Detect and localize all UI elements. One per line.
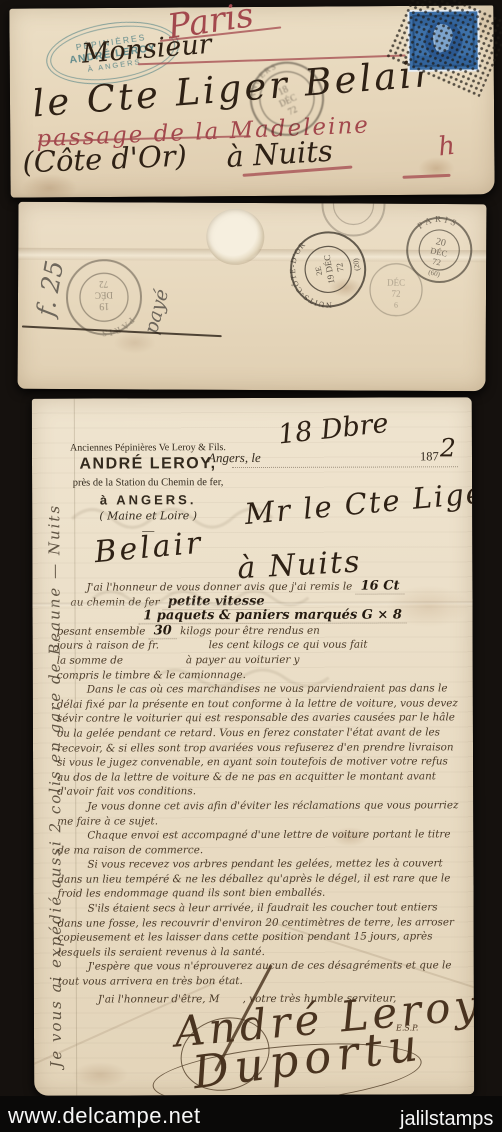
- postmark-month: DÉC: [387, 278, 405, 288]
- written-insert: 30: [149, 623, 177, 639]
- postmark-dept: (60): [428, 268, 442, 278]
- postmark-year: 72: [286, 104, 298, 117]
- postmark-year: 72: [391, 289, 400, 299]
- body-line: la somme de à payer au voiturier y: [57, 652, 459, 668]
- postmark-faint: DÉC 72 6: [366, 260, 426, 320]
- printed-text: pesant ensemble: [57, 625, 149, 637]
- postmark-year: 72: [431, 256, 441, 268]
- signature-note: E.S.P.: [396, 1023, 418, 1032]
- postmark-town: PARIS: [414, 208, 462, 238]
- letter-sheet: Anciennes Pépinières Ve Leroy & Fils. AN…: [32, 397, 474, 1096]
- printed-text: au chemin de fer: [70, 596, 162, 608]
- dateline-written: 18 Dbre: [277, 408, 390, 451]
- written-insert: 16 Ct: [356, 578, 405, 594]
- postmark-month: DÉC: [95, 290, 113, 301]
- body-paragraph: Dans le cas où ces marchandises ne vous …: [57, 681, 459, 799]
- letter-body: J'ai l'honneur de vous donner avis que j…: [56, 579, 459, 1007]
- postmark-partial-top: [318, 202, 388, 240]
- letterhead-line: près de la Station du Chemin de fer,: [42, 477, 254, 489]
- dateline-year-written: 2: [440, 433, 456, 462]
- envelope-front: PÉPINIÈRES ANDRÉ LEROY À ANGERS Paris Mo…: [9, 5, 494, 197]
- postmark-dept: (20): [351, 257, 362, 271]
- watermark-seller-logo: jalilstamps: [400, 1108, 493, 1131]
- body-paragraph: Si vous recevez vos arbres pendant les g…: [57, 857, 459, 902]
- postmark-index: 2E: [314, 266, 324, 276]
- svg-text:PARIS: PARIS: [414, 208, 462, 238]
- letterhead-town: à ANGERS.: [42, 492, 254, 508]
- body-paragraph: S'ils étaient secs à leur arrivée, il fa…: [58, 900, 460, 960]
- address-department: (Côte d'Or): [22, 139, 188, 180]
- postmark-office: 6: [394, 301, 398, 310]
- dateline-printed: Angers, le: [208, 450, 261, 466]
- printed-text: kilogs pour être rendus en: [177, 625, 320, 637]
- margin-note-vertical: Je vous ai expédié aussi 2 colis en gare…: [45, 528, 65, 1068]
- svg-text:PARIS: PARIS: [99, 315, 137, 338]
- body-line: pesant ensemble 30 kilogs pour être rend…: [57, 623, 459, 639]
- body-line: J'ai l'honneur de vous donner avis que j…: [56, 579, 458, 595]
- letterhead-department: ( Maine et Loire ): [42, 509, 254, 523]
- red-underline: [402, 174, 450, 179]
- dateline-year-printed: 187: [420, 449, 439, 464]
- postmark-year: 72: [99, 279, 108, 289]
- body-fill-line: 1 paquets & paniers marqués G × 8: [57, 608, 459, 624]
- body-line: jours à raison de fr. les cent kilogs ce…: [57, 638, 459, 654]
- body-paragraph: Je vous donne cet avis afin d'éviter les…: [57, 798, 459, 829]
- philatelic-cover-photo: PÉPINIÈRES ANDRÉ LEROY À ANGERS Paris Mo…: [0, 0, 502, 1132]
- postmark-town: PARIS: [99, 315, 137, 338]
- wax-seal-impression: [206, 209, 264, 265]
- envelope-back: PARIS 19 DÉC 72 NUITS-CÔTE-D'OR 2E 19 DÉ…: [18, 202, 487, 391]
- watermark-url: www.delcampe.net: [8, 1103, 201, 1129]
- postmark-day: 19: [99, 300, 109, 311]
- written-insert: 1 paquets & paniers marqués G × 8: [138, 608, 407, 625]
- body-paragraph: Chaque envoi est accompagné d'une lettre…: [57, 827, 459, 858]
- printed-text: J'ai l'honneur de vous donner avis que j…: [86, 581, 355, 594]
- body-line: compris le timbre & le camionnage.: [57, 667, 459, 683]
- salutation-honorific: Mr: [243, 492, 305, 531]
- postmark-year: 72: [334, 262, 345, 273]
- red-check-mark: h: [437, 131, 457, 163]
